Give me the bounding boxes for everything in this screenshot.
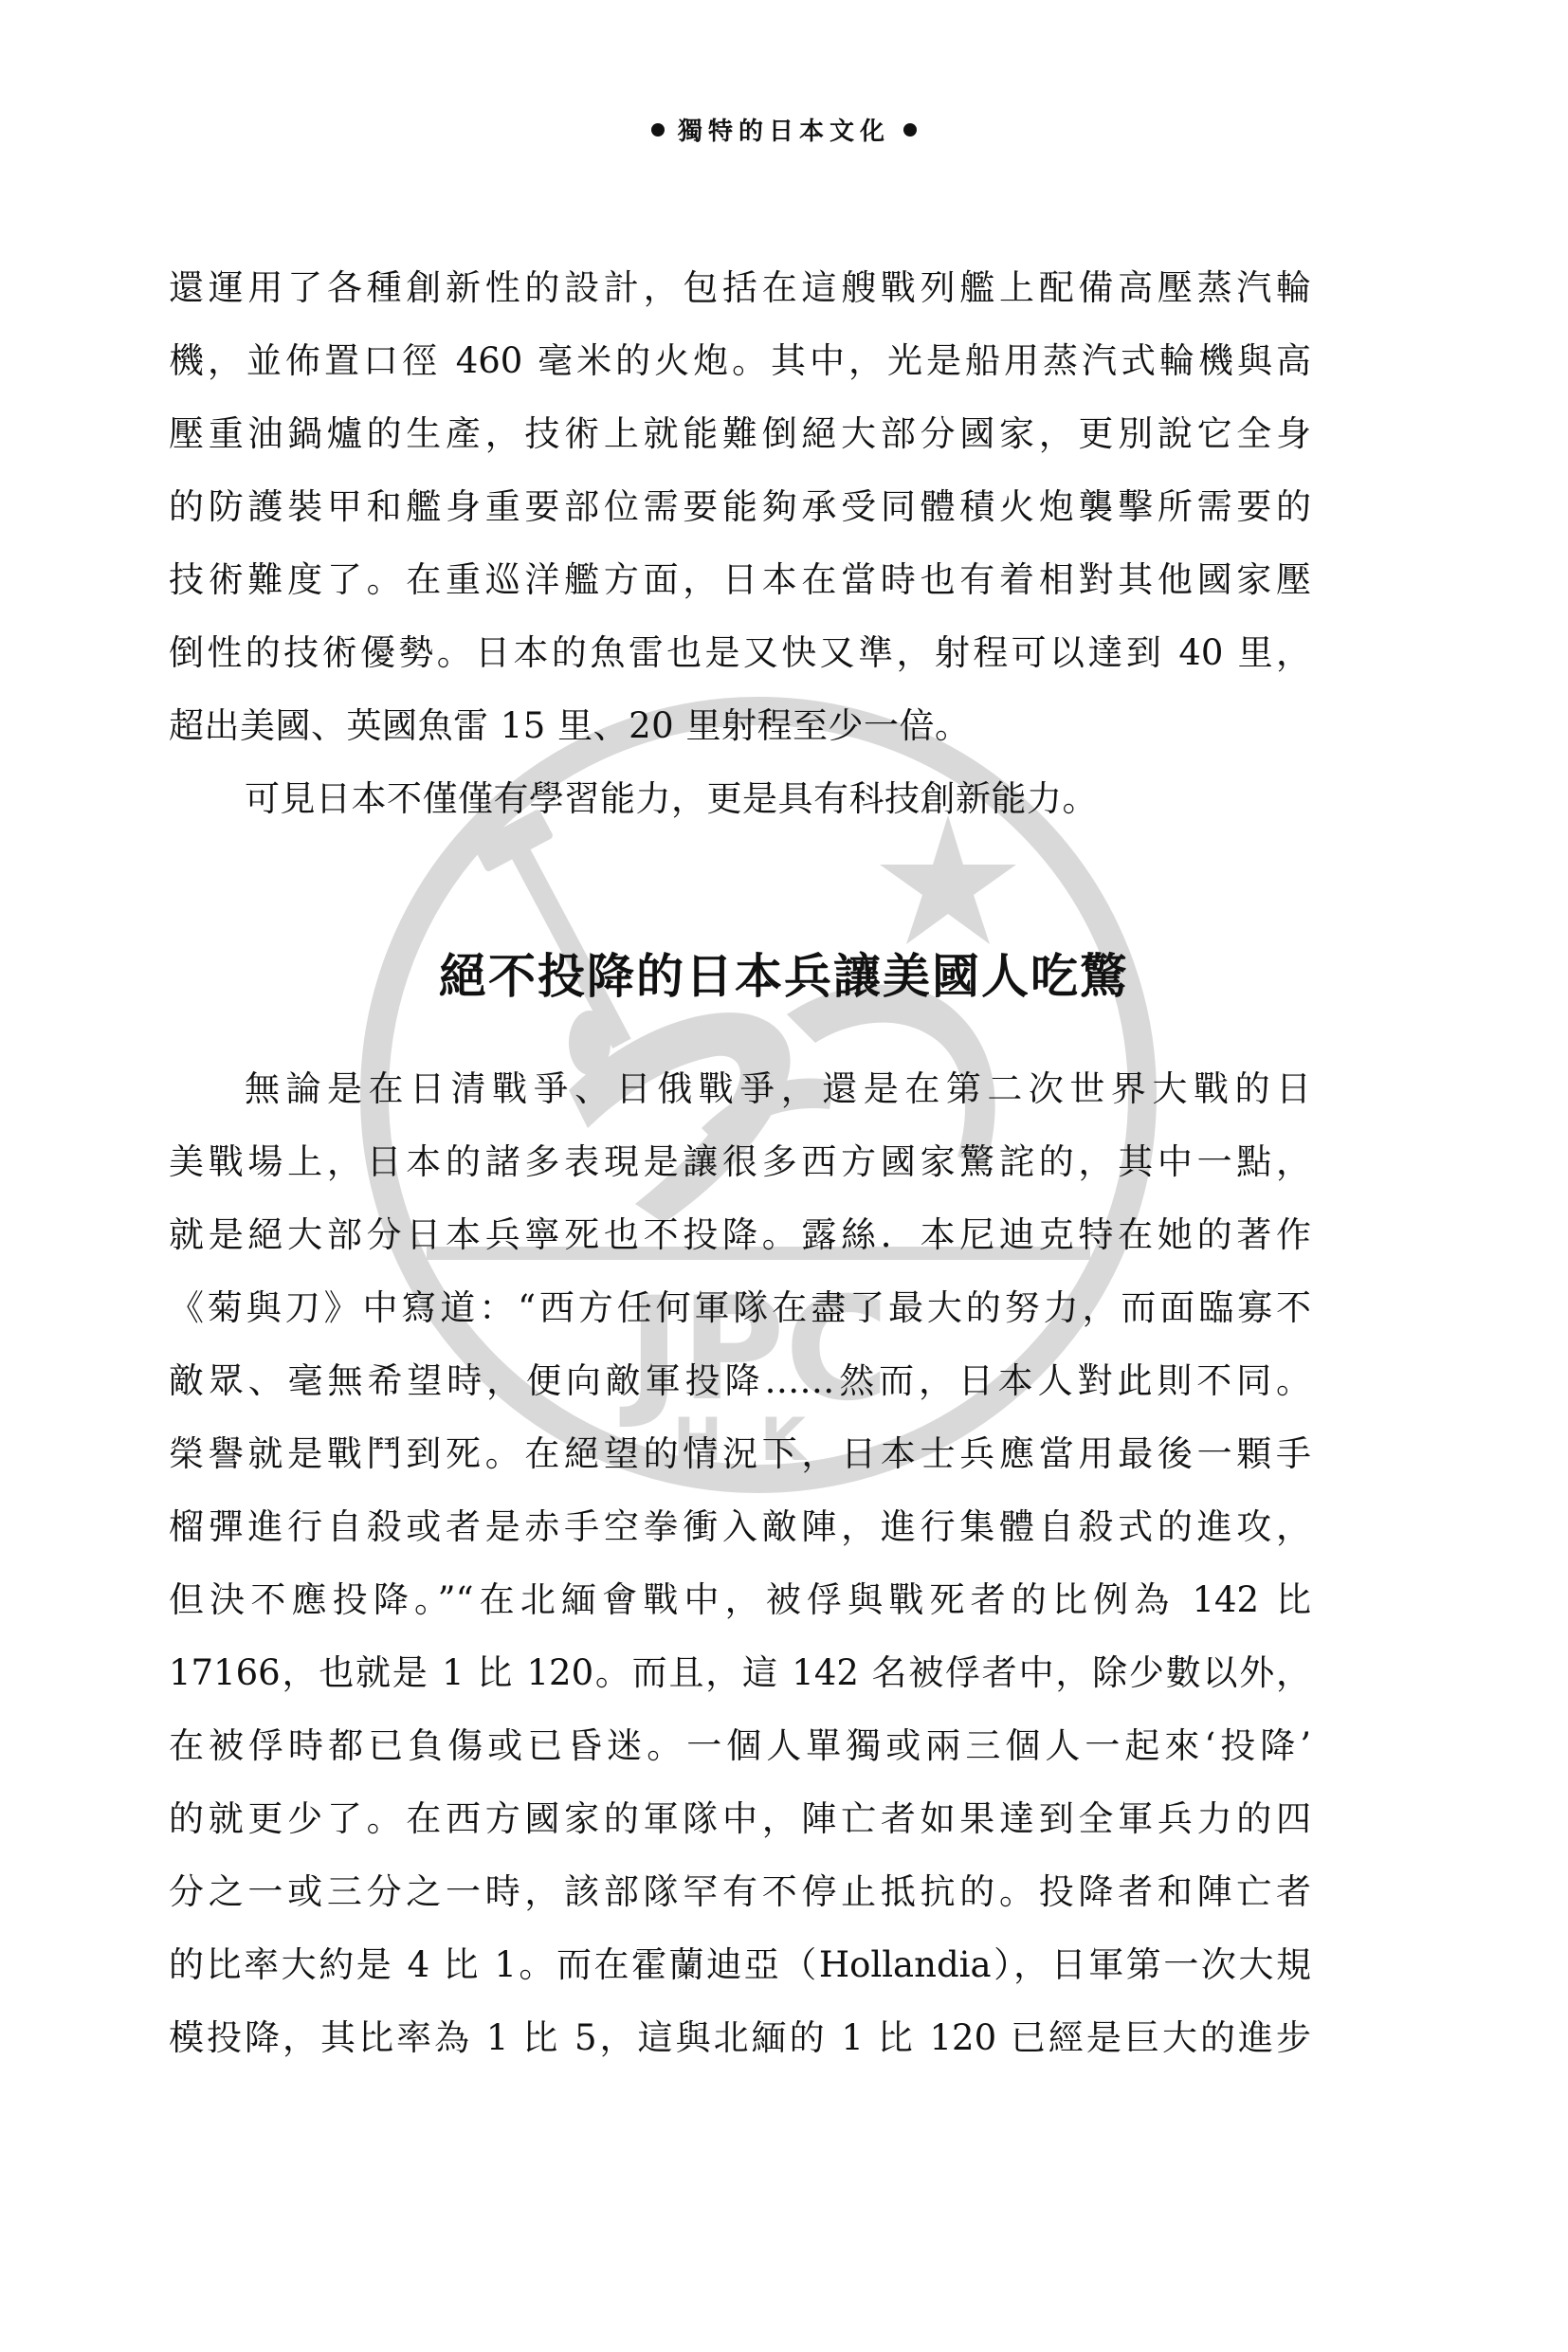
- bullet-ornament-icon: [903, 123, 917, 137]
- text-line: 技術難度了。在重巡洋艦方面，日本在當時也有着相對其他國家壓: [169, 543, 1311, 616]
- text-line: 但決不應投降。”“在北緬會戰中，被俘與戰死者的比例為 142 比: [169, 1563, 1311, 1636]
- text-line: 超出美國、英國魚雷 15 里、20 里射程至少一倍。: [169, 689, 1311, 762]
- text-line: 模投降，其比率為 1 比 5，這與北緬的 1 比 120 已經是巨大的進步: [169, 2001, 1311, 2074]
- text-line: 就是絕大部分日本兵寧死也不投降。露絲．本尼迪克特在她的著作: [169, 1198, 1311, 1271]
- running-header-title: 獨特的日本文化: [678, 118, 890, 146]
- text-line: 美戰場上，日本的諸多表現是讓很多西方國家驚詫的，其中一點，: [169, 1125, 1311, 1198]
- text-line: 還運用了各種創新性的設計，包括在這艘戰列艦上配備高壓蒸汽輪: [169, 251, 1311, 324]
- bullet-ornament-icon: [651, 123, 665, 137]
- paragraph-continuation: 還運用了各種創新性的設計，包括在這艘戰列艦上配備高壓蒸汽輪 機，並佈置口徑 46…: [169, 251, 1311, 762]
- text-line: 在被俘時都已負傷或已昏迷。一個人單獨或兩三個人一起來‘投降’: [169, 1709, 1311, 1782]
- text-line: 17166，也就是 1 比 120。而且，這 142 名被俘者中，除少數以外，: [169, 1636, 1311, 1709]
- paragraph-conclusion: 可見日本不僅僅有學習能力，更是具有科技創新能力。: [169, 762, 1311, 835]
- running-header: 獨特的日本文化: [0, 112, 1568, 147]
- section-paragraph: 無論是在日清戰爭、日俄戰爭，還是在第二次世界大戰的日 美戰場上，日本的諸多表現是…: [169, 1052, 1311, 2074]
- text-line: 榮譽就是戰鬥到死。在絕望的情況下，日本士兵應當用最後一顆手: [169, 1417, 1311, 1490]
- section-heading: 絕不投降的日本兵讓美國人吃驚: [0, 939, 1568, 1014]
- text-line: 倒性的技術優勢。日本的魚雷也是又快又準，射程可以達到 40 里，: [169, 616, 1311, 689]
- text-line: 榴彈進行自殺或者是赤手空拳衝入敵陣，進行集體自殺式的進攻，: [169, 1490, 1311, 1563]
- text-line: 《菊與刀》中寫道：“西方任何軍隊在盡了最大的努力，而面臨寡不: [169, 1271, 1311, 1344]
- text-line: 機，並佈置口徑 460 毫米的火炮。其中，光是船用蒸汽式輪機與高: [169, 324, 1311, 397]
- text-line: 的比率大約是 4 比 1。而在霍蘭迪亞（Hollandia），日軍第一次大規: [169, 1928, 1311, 2001]
- text-line: 壓重油鍋爐的生產，技術上就能難倒絕大部分國家，更別說它全身: [169, 397, 1311, 470]
- text-line: 敵眾、毫無希望時，便向敵軍投降……然而，日本人對此則不同。: [169, 1344, 1311, 1417]
- text-line: 分之一或三分之一時，該部隊罕有不停止抵抗的。投降者和陣亡者: [169, 1855, 1311, 1928]
- text-line: 無論是在日清戰爭、日俄戰爭，還是在第二次世界大戰的日: [169, 1052, 1311, 1125]
- text-line: 可見日本不僅僅有學習能力，更是具有科技創新能力。: [169, 762, 1311, 835]
- text-line: 的防護裝甲和艦身重要部位需要能夠承受同體積火炮襲擊所需要的: [169, 470, 1311, 543]
- text-line: 的就更少了。在西方國家的軍隊中，陣亡者如果達到全軍兵力的四: [169, 1782, 1311, 1855]
- book-page: 獨特的日本文化 還運用了各種創新性的設計，包括在這艘戰列艦上配備高壓蒸汽輪 機，…: [0, 0, 1568, 2352]
